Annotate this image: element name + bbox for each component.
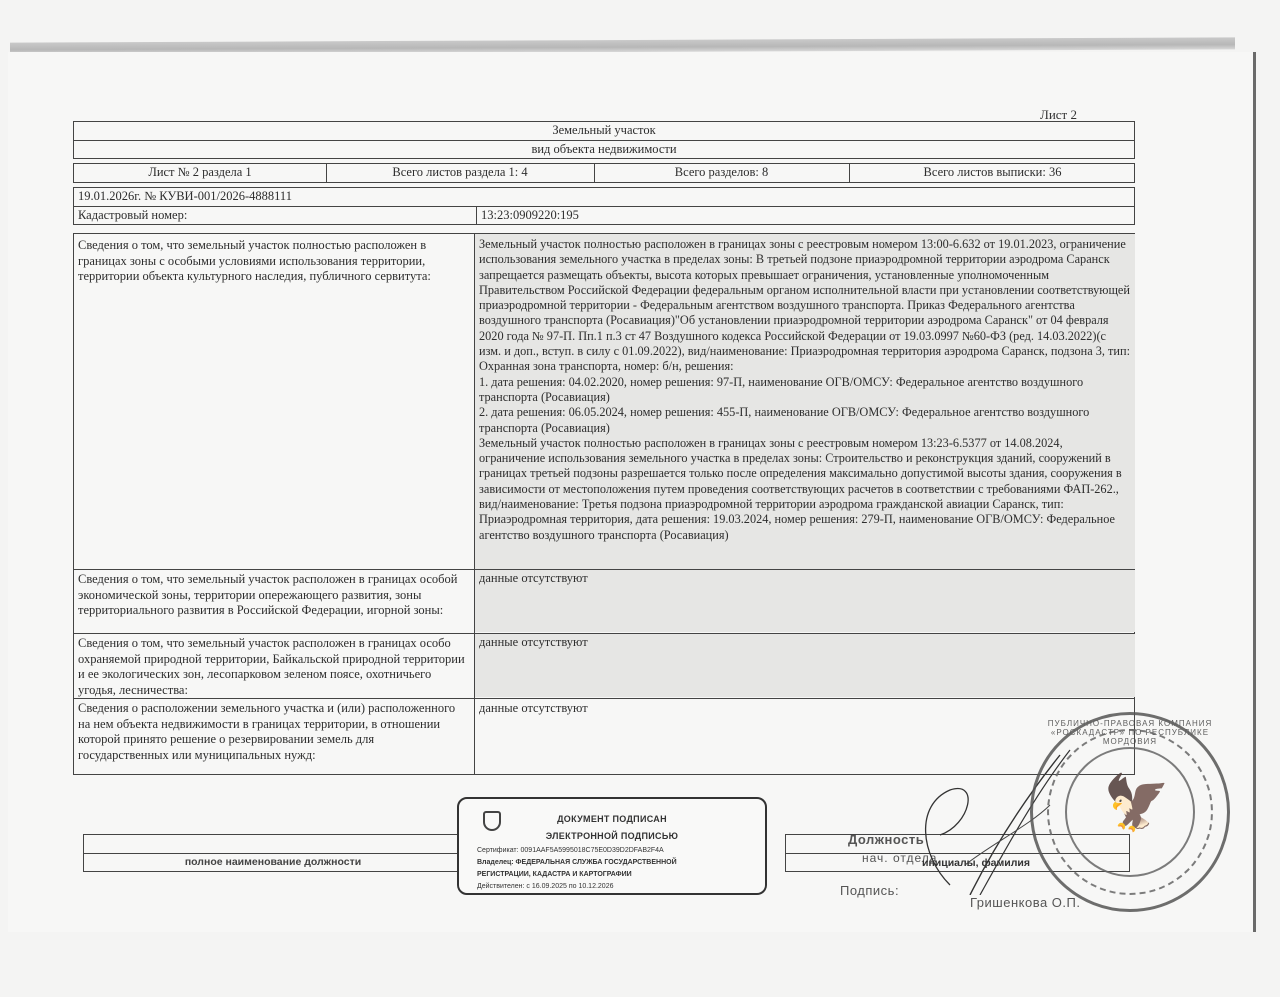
- stamp-title-line1: ДОКУМЕНТ ПОДПИСАН: [459, 814, 765, 824]
- e-signature-stamp: ДОКУМЕНТ ПОДПИСАН ЭЛЕКТРОННОЙ ПОДПИСЬЮ С…: [457, 797, 767, 895]
- divider: [74, 140, 1134, 141]
- stamp-title-line2: ЭЛЕКТРОННОЙ ПОДПИСЬЮ: [459, 831, 765, 841]
- seal-text: ПУБЛИЧНО-ПРАВОВАЯ КОМПАНИЯ «РОСКАДАСТР» …: [1033, 719, 1227, 746]
- divider: [74, 698, 1134, 699]
- position-table: полное наименование должности: [83, 834, 463, 872]
- extract-id: 19.01.2026г. № КУВИ-001/2026-4888111: [74, 188, 1134, 206]
- object-type-caption: вид объекта недвижимости: [74, 142, 1134, 158]
- land-reservation-label: Сведения о расположении земельного участ…: [74, 700, 472, 764]
- section-count: Всего разделов: 8: [594, 165, 849, 181]
- cadastral-label: Кадастровый номер:: [74, 207, 474, 225]
- position-caption: полное наименование должности: [84, 855, 462, 871]
- double-headed-eagle-icon: 🦅: [1103, 773, 1170, 833]
- extract-sheet-count: Всего листов выписки: 36: [849, 165, 1136, 181]
- official-seal: ПУБЛИЧНО-ПРАВОВАЯ КОМПАНИЯ «РОСКАДАСТР» …: [1030, 712, 1230, 912]
- object-type-table: Земельный участок вид объекта недвижимос…: [73, 121, 1135, 159]
- zone-restrictions-label: Сведения о том, что земельный участок по…: [74, 237, 472, 286]
- sheet-info-table: Лист № 2 раздела 1 Всего листов раздела …: [73, 163, 1135, 183]
- signatory-name: Гришенкова О.П.: [970, 895, 1080, 910]
- stamp-validity: Действителен: с 16.09.2025 по 10.12.2026: [477, 883, 614, 890]
- stamp-certificate: Сертификат: 0091AAF5A5995018C75E0D39D2DF…: [477, 847, 664, 854]
- signature-label: Подпись:: [840, 883, 899, 898]
- zones-table: Сведения о том, что земельный участок по…: [73, 233, 1135, 775]
- protected-area-value: данные отсутствуют: [475, 634, 1135, 697]
- economic-zone-value: данные отсутствуют: [475, 570, 1135, 632]
- stamp-owner-line2: РЕГИСТРАЦИИ, КАДАСТРА И КАРТОГРАФИИ: [477, 871, 632, 878]
- object-type: Земельный участок: [74, 123, 1134, 139]
- economic-zone-label: Сведения о том, что земельный участок ра…: [74, 571, 472, 620]
- land-reservation-value: данные отсутствуют: [475, 700, 1135, 718]
- stamp-owner-line1: Владелец: ФЕДЕРАЛЬНАЯ СЛУЖБА ГОСУДАРСТВЕ…: [477, 859, 677, 866]
- divider: [84, 853, 462, 854]
- cadastral-number: 13:23:0909220:195: [477, 207, 1077, 225]
- protected-area-label: Сведения о том, что земельный участок ра…: [74, 635, 472, 699]
- section-sheet-count: Всего листов раздела 1: 4: [326, 165, 594, 181]
- sheet-of-section: Лист № 2 раздела 1: [74, 165, 326, 181]
- extract-id-table: 19.01.2026г. № КУВИ-001/2026-4888111 Кад…: [73, 187, 1135, 225]
- zone-restrictions-value: Земельный участок полностью расположен в…: [475, 234, 1135, 569]
